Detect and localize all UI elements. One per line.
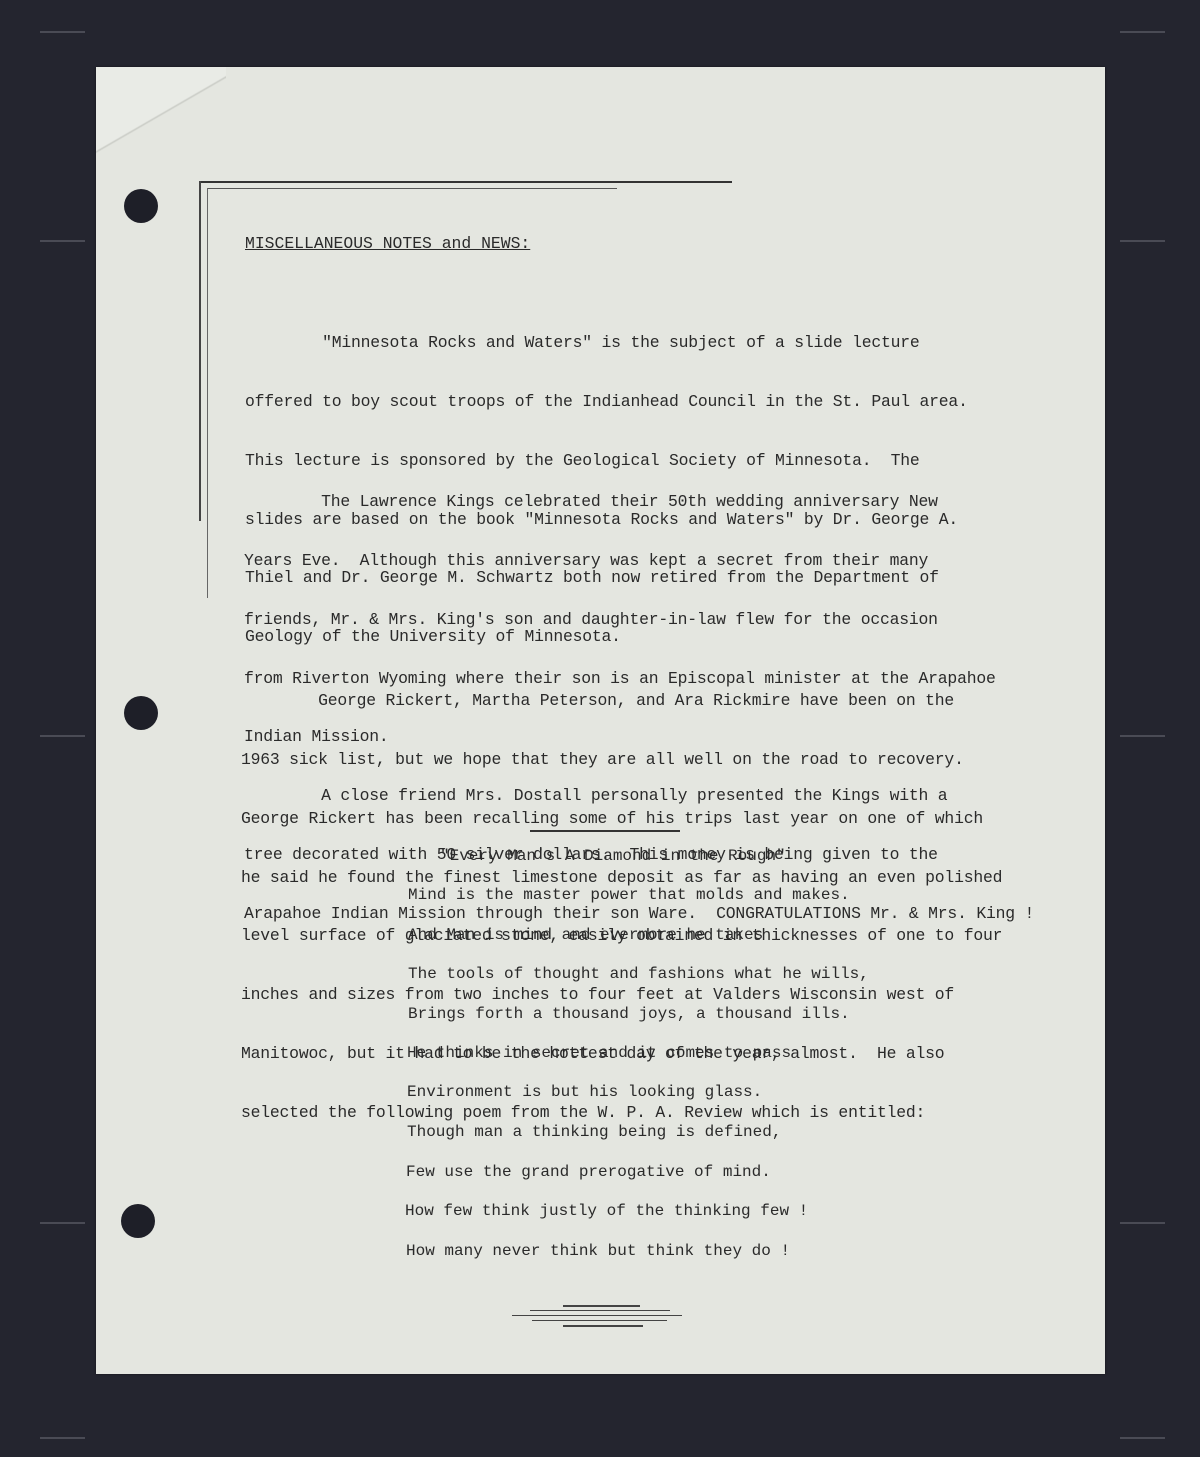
poem-line: Environment is but his looking glass. — [407, 1083, 762, 1101]
text-line: offered to boy scout troops of the India… — [245, 392, 968, 412]
margin-tick — [40, 31, 85, 33]
poem-line: And Man is mind and evermore he takes — [408, 926, 763, 944]
frame-rule — [207, 188, 208, 598]
end-ornament — [563, 1325, 643, 1327]
poem-line: Few use the grand prerogative of mind. — [406, 1163, 771, 1181]
end-ornament — [532, 1320, 667, 1321]
margin-tick — [1120, 240, 1165, 242]
text-line: 1963 sick list, but we hope that they ar… — [241, 750, 1002, 770]
punch-hole — [124, 189, 158, 223]
text-line: "Minnesota Rocks and Waters" is the subj… — [245, 333, 968, 353]
poem-line: Though man a thinking being is defined, — [407, 1123, 781, 1141]
punch-hole — [121, 1204, 155, 1238]
margin-tick — [40, 735, 85, 737]
margin-tick — [1120, 31, 1165, 33]
end-ornament — [530, 1310, 670, 1311]
end-ornament — [512, 1315, 682, 1316]
margin-tick — [1120, 1437, 1165, 1439]
end-ornament — [563, 1305, 640, 1307]
poem-line: The tools of thought and fashions what h… — [408, 965, 869, 983]
poem-line: Brings forth a thousand joys, a thousand… — [408, 1005, 850, 1023]
text-line: selected the following poem from the W. … — [241, 1103, 1002, 1123]
margin-tick — [1120, 1222, 1165, 1224]
text-line: Years Eve. Although this anniversary was… — [244, 551, 1034, 571]
text-line: he said he found the finest limestone de… — [241, 868, 1002, 888]
section-heading: MISCELLANEOUS NOTES and NEWS: — [245, 234, 530, 253]
text-line: inches and sizes from two inches to four… — [241, 985, 1002, 1005]
poem-line: He thinks in secret and it comes to pass — [407, 1044, 791, 1062]
margin-tick — [1120, 735, 1165, 737]
text-line: George Rickert has been recalling some o… — [241, 809, 1002, 829]
text-line: George Rickert, Martha Peterson, and Ara… — [241, 691, 1002, 711]
poem-divider — [530, 830, 680, 832]
poem-title: "Every Man's A Diamond in the Rough" — [440, 847, 786, 865]
frame-rule — [199, 181, 201, 521]
text-line: The Lawrence Kings celebrated their 50th… — [244, 492, 1034, 512]
poem-line: Mind is the master power that molds and … — [408, 886, 850, 904]
margin-tick — [40, 1222, 85, 1224]
text-line: friends, Mr. & Mrs. King's son and daugh… — [244, 610, 1034, 630]
frame-rule — [207, 188, 617, 189]
punch-hole — [124, 696, 158, 730]
poem-line: How few think justly of the thinking few… — [405, 1202, 808, 1220]
margin-tick — [40, 240, 85, 242]
poem-line: How many never think but think they do ! — [406, 1242, 790, 1260]
frame-rule — [199, 181, 732, 183]
margin-tick — [40, 1437, 85, 1439]
